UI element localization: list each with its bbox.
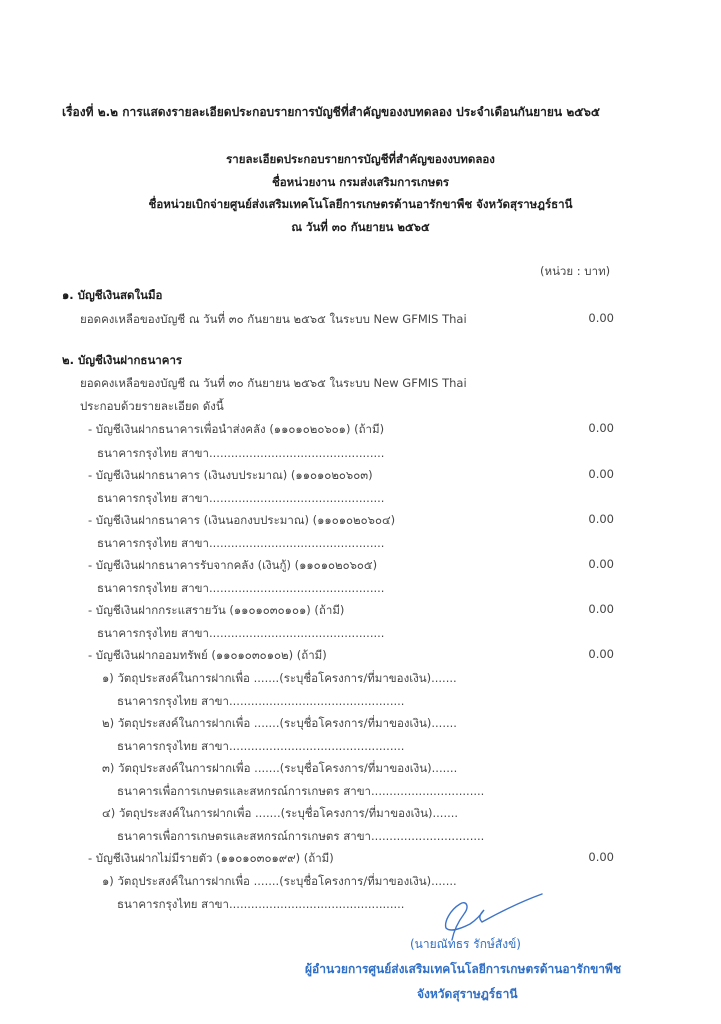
savings-purpose: ๓) วัตถุประสงค์ในการฝากเพื่อ .......(ระบ… — [102, 760, 457, 778]
account-name: - บัญชีเงินฝากธนาคารเพื่อนำส่งคลัง (๑๑๐๑… — [88, 421, 384, 439]
section-2-title: ๒. บัญชีเงินฝากธนาคาร — [62, 352, 182, 370]
savings-purpose: ๔) วัตถุประสงค์ในการฝากเพื่อ .......(ระบ… — [102, 805, 458, 823]
as-of-date: ณ วันที่ ๓๐ กันยายน ๒๕๖๕ — [0, 219, 721, 237]
signatory-name: (นายณัทธร รักษ์สังข์) — [410, 935, 521, 954]
unit-label: (หน่วย : บาท) — [540, 263, 610, 281]
disbursing-unit: ชื่อหน่วยเบิกจ่ายศูนย์ส่งเสริมเทคโนโลยีก… — [0, 196, 721, 214]
section-1-balance-amount: 0.00 — [560, 311, 614, 325]
account-name: - บัญชีเงินฝากกระแสรายวัน (๑๑๐๑๐๓๐๑๐๑) (… — [88, 602, 344, 620]
section-2-balance-label: ยอดคงเหลือของบัญชี ณ วันที่ ๓๐ กันยายน ๒… — [80, 375, 467, 393]
savings-purpose: ๒) วัตถุประสงค์ในการฝากเพื่อ .......(ระบ… — [102, 715, 457, 733]
account-amount: 0.00 — [560, 421, 614, 435]
account-amount: 0.00 — [560, 647, 614, 661]
account-name: - บัญชีเงินฝากธนาคาร (เงินนอกงบประมาณ) (… — [88, 512, 395, 530]
account-bank: ธนาคารกรุงไทย สาขา......................… — [97, 490, 384, 508]
account-amount: 0.00 — [560, 557, 614, 571]
unregistered-bank: ธนาคารกรุงไทย สาขา......................… — [117, 896, 404, 914]
document-subject: เรื่องที่ ๒.๒ การแสดงรายละเอียดประกอบราย… — [62, 103, 600, 122]
savings-bank: ธนาคารเพื่อการเกษตรและสหกรณ์การเกษตร สาข… — [117, 783, 484, 801]
unregistered-purpose: ๑) วัตถุประสงค์ในการฝากเพื่อ .......(ระบ… — [102, 873, 457, 891]
unregistered-account-amount: 0.00 — [560, 850, 614, 864]
section-1-balance-label: ยอดคงเหลือของบัญชี ณ วันที่ ๓๐ กันยายน ๒… — [80, 311, 467, 329]
savings-purpose: ๑) วัตถุประสงค์ในการฝากเพื่อ .......(ระบ… — [102, 670, 457, 688]
account-name: - บัญชีเงินฝากธนาคารรับจากคลัง (เงินกู้)… — [88, 557, 377, 575]
section-2-details-label: ประกอบด้วยรายละเอียด ดังนี้ — [80, 398, 224, 416]
account-bank: ธนาคารกรุงไทย สาขา......................… — [97, 625, 384, 643]
account-bank: ธนาคารกรุงไทย สาขา......................… — [97, 445, 384, 463]
section-1-title: ๑. บัญชีเงินสดในมือ — [62, 287, 162, 305]
savings-bank: ธนาคารกรุงไทย สาขา......................… — [117, 693, 404, 711]
signatory-province: จังหวัดสุราษฎร์ธานี — [417, 985, 518, 1004]
account-amount: 0.00 — [560, 512, 614, 526]
account-name: - บัญชีเงินฝากออมทรัพย์ (๑๑๐๑๐๓๐๑๐๒) (ถ้… — [88, 647, 327, 665]
account-name: - บัญชีเงินฝากธนาคาร (เงินงบประมาณ) (๑๑๐… — [88, 467, 373, 485]
account-bank: ธนาคารกรุงไทย สาขา......................… — [97, 535, 384, 553]
report-title: รายละเอียดประกอบรายการบัญชีที่สำคัญของงบ… — [0, 151, 721, 169]
unregistered-account-name: - บัญชีเงินฝากไม่มีรายตัว (๑๑๐๑๐๓๐๑๙๙) (… — [88, 850, 334, 868]
savings-bank: ธนาคารกรุงไทย สาขา......................… — [117, 738, 404, 756]
savings-bank: ธนาคารเพื่อการเกษตรและสหกรณ์การเกษตร สาข… — [117, 828, 484, 846]
account-bank: ธนาคารกรุงไทย สาขา......................… — [97, 580, 384, 598]
agency-name: ชื่อหน่วยงาน กรมส่งเสริมการเกษตร — [0, 174, 721, 192]
account-amount: 0.00 — [560, 602, 614, 616]
account-amount: 0.00 — [560, 467, 614, 481]
signatory-position: ผู้อำนวยการศูนย์ส่งเสริมเทคโนโลยีการเกษต… — [305, 960, 621, 979]
